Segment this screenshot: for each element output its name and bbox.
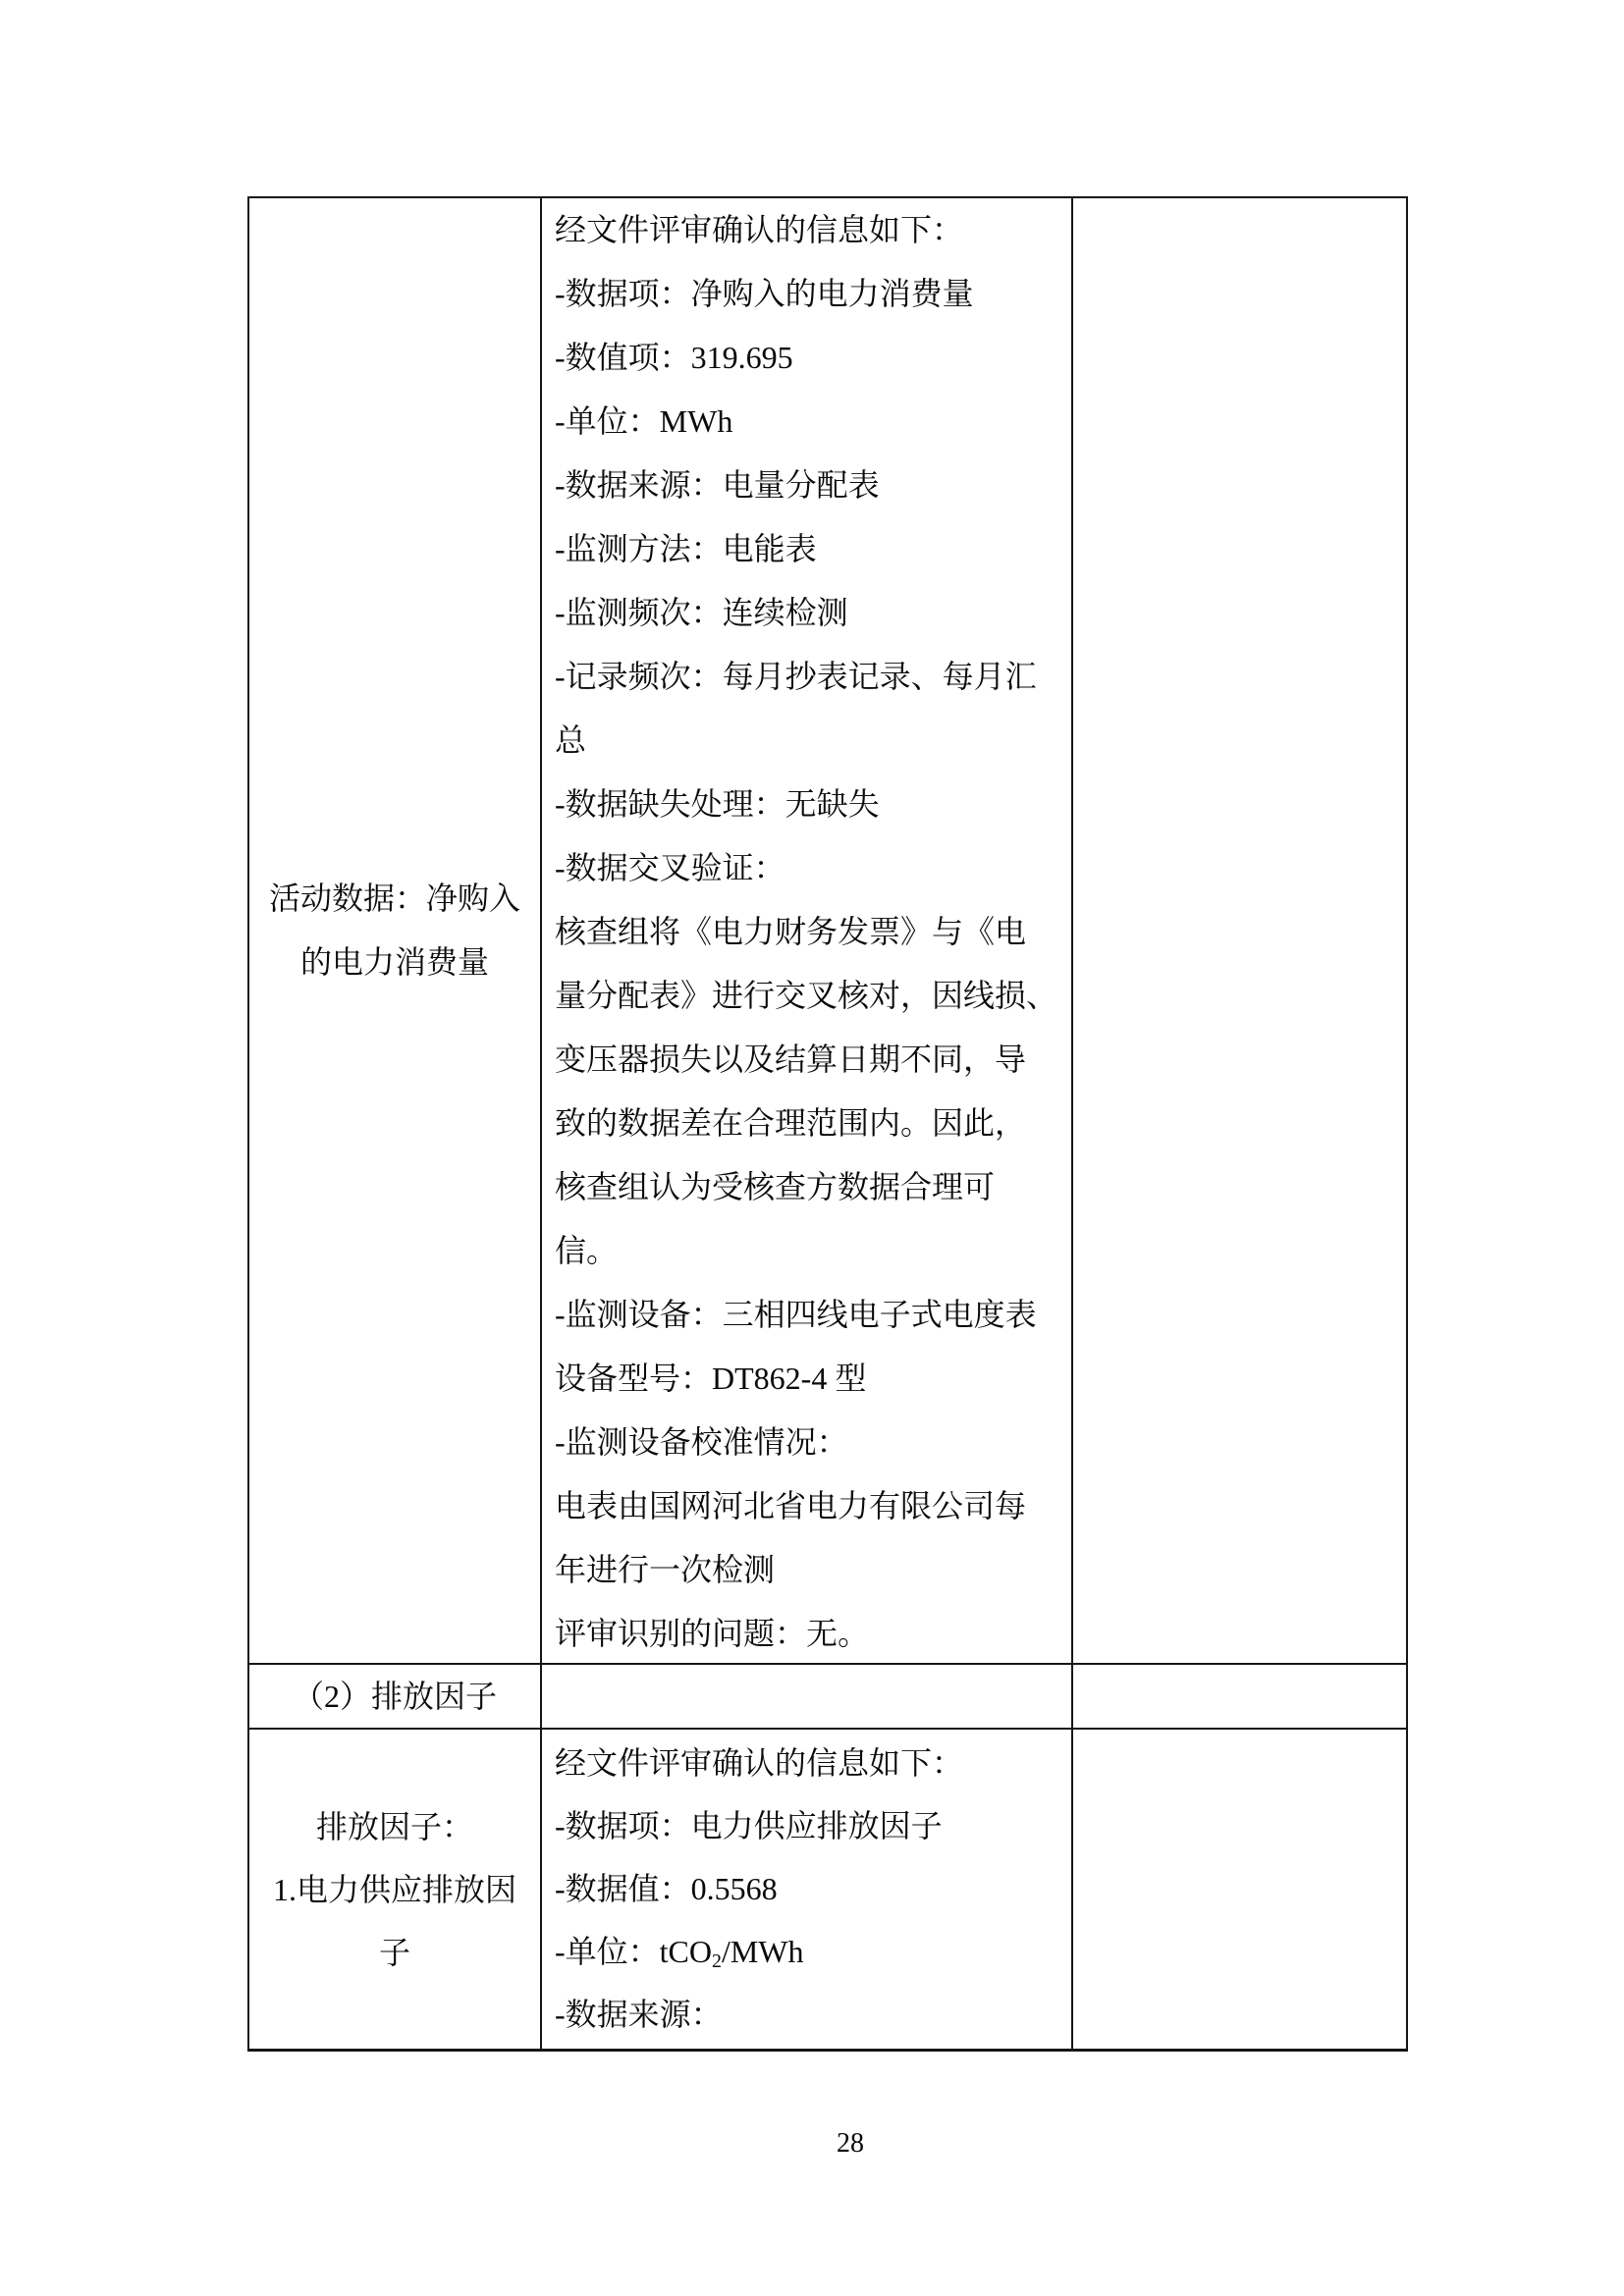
text-line: -单位：MWh	[555, 390, 1063, 454]
text-line: -数据项：净购入的电力消费量	[555, 262, 1063, 326]
text-line: 评审识别的问题：无。	[555, 1602, 1063, 1665]
text-line: 经文件评审确认的信息如下：	[555, 1732, 1063, 1794]
text-line: 量分配表》进行交叉核对，因线损、	[555, 964, 1063, 1028]
text-line: -数据值：0.5568	[555, 1857, 1063, 1920]
text-line: 经文件评审确认的信息如下：	[555, 198, 1063, 262]
text-line: 年进行一次检测	[555, 1538, 1063, 1602]
page-number: 28	[837, 2128, 864, 2160]
text-line: -记录频次：每月抄表记录、每月汇	[555, 645, 1063, 709]
text-line: -数值项：319.695	[555, 326, 1063, 390]
cell-activity-data-label: 活动数据：净购入的电力消费量	[249, 198, 542, 1665]
text-segment: /MWh	[722, 1934, 804, 1969]
text-line: -数据来源：	[555, 1983, 1063, 2046]
cell-activity-data-details: 经文件评审确认的信息如下：-数据项：净购入的电力消费量-数值项：319.695-…	[542, 198, 1073, 1665]
subscript-text: 2	[712, 1950, 722, 1972]
text-line: 子	[379, 1921, 410, 1984]
text-line: -数据缺失处理：无缺失	[555, 773, 1063, 836]
document-page: { "page": { "number": "28" }, "table": {…	[0, 0, 1624, 2296]
text-line: 变压器损失以及结算日期不同，导	[555, 1028, 1063, 1092]
text-line: 1.电力供应排放因	[273, 1858, 516, 1921]
text-line: -数据项：电力供应排放因子	[555, 1794, 1063, 1857]
cell-emission-factor-section-label: （2）排放因子	[249, 1665, 542, 1730]
text-line: 核查组将《电力财务发票》与《电	[555, 900, 1063, 964]
text-line: -单位：tCO2/MWh	[555, 1920, 1063, 1983]
text-line: -监测频次：连续检测	[555, 581, 1063, 645]
text-line: 的电力消费量	[300, 931, 489, 994]
text-line: -监测设备：三相四线电子式电度表	[555, 1283, 1063, 1347]
cell-power-supply-factor-label: 排放因子：1.电力供应排放因子	[249, 1730, 542, 2049]
text-line: -监测设备校准情况：	[555, 1411, 1063, 1474]
cell-power-supply-factor-details: 经文件评审确认的信息如下：-数据项：电力供应排放因子-数据值：0.5568-单位…	[542, 1730, 1073, 2049]
text-line: 总	[555, 709, 1063, 773]
text-line: 信。	[555, 1219, 1063, 1283]
text-line: 排放因子：	[316, 1795, 473, 1858]
cell-power-supply-factor-remarks	[1073, 1730, 1406, 2049]
text-line: 设备型号：DT862-4 型	[555, 1347, 1063, 1411]
text-line: 核查组认为受核查方数据合理可	[555, 1155, 1063, 1219]
cell-emission-factor-section-details	[542, 1665, 1073, 1730]
text-segment: -单位：tCO	[555, 1934, 712, 1969]
text-line: （2）排放因子	[293, 1665, 497, 1728]
cell-emission-factor-section-remarks	[1073, 1665, 1406, 1730]
text-line: 电表由国网河北省电力有限公司每	[555, 1474, 1063, 1538]
text-line: -数据交叉验证：	[555, 836, 1063, 900]
text-line: -数据来源：电量分配表	[555, 454, 1063, 517]
cell-activity-data-remarks	[1073, 198, 1406, 1665]
text-line: -监测方法：电能表	[555, 517, 1063, 581]
text-line: 活动数据：净购入	[269, 867, 520, 931]
text-line: 致的数据差在合理范围内。因此，	[555, 1092, 1063, 1155]
verification-table: 活动数据：净购入的电力消费量 经文件评审确认的信息如下：-数据项：净购入的电力消…	[247, 196, 1408, 2052]
